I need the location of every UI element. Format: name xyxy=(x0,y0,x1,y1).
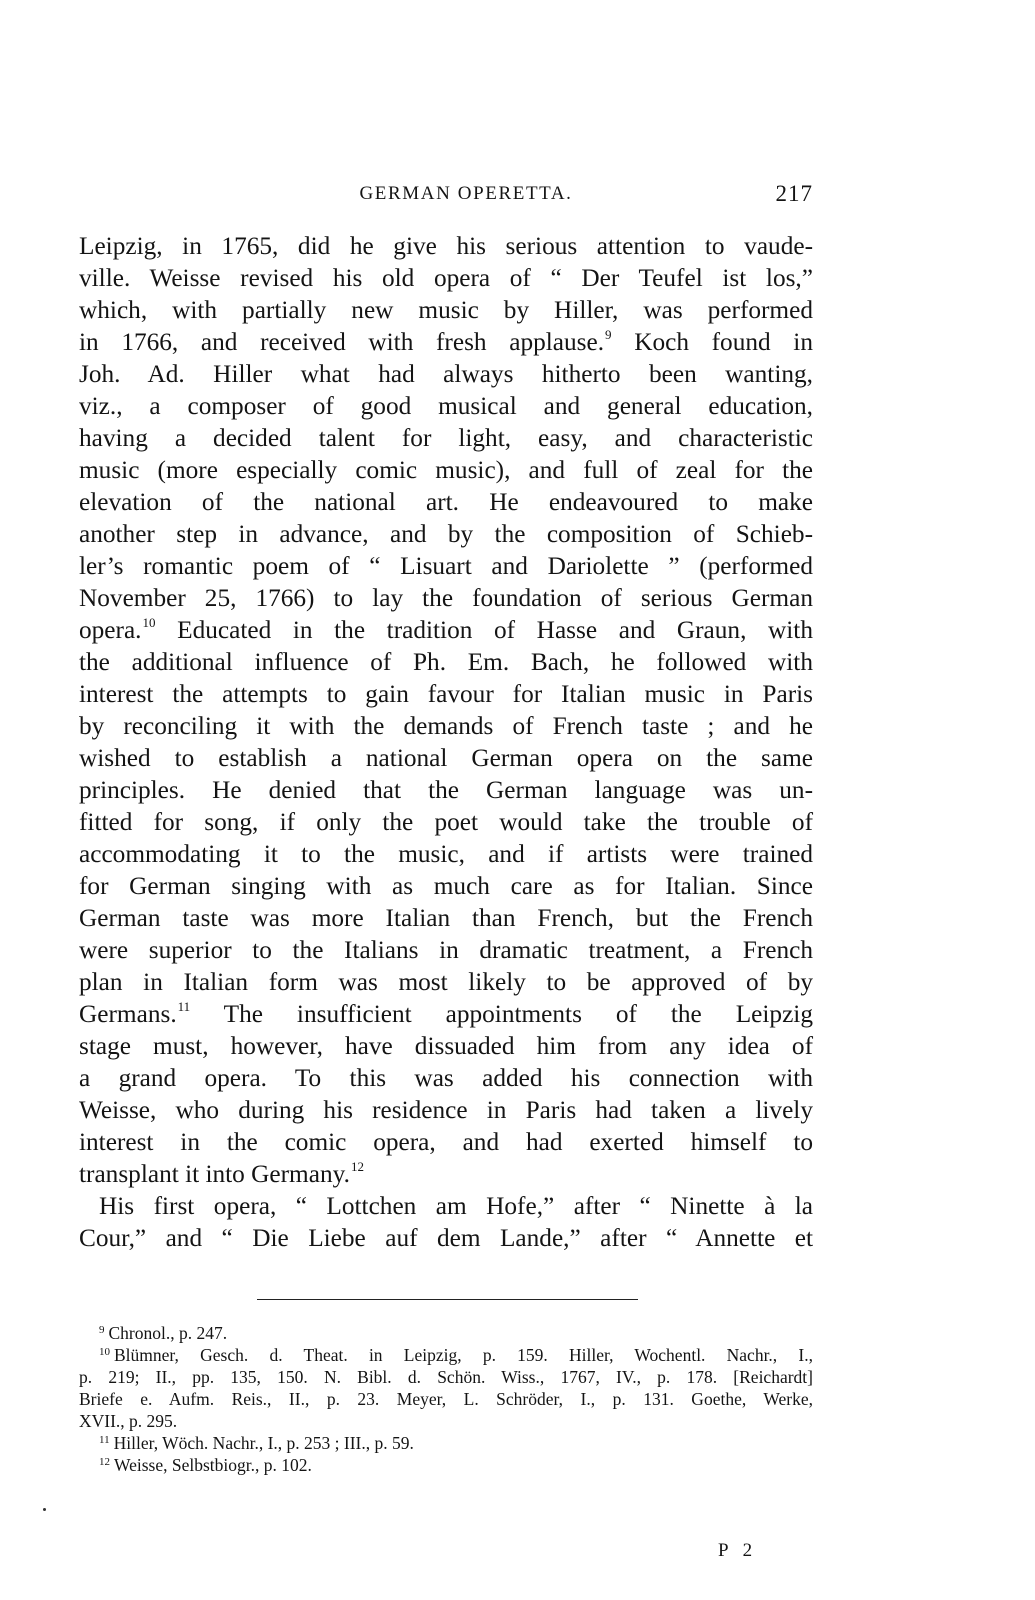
text-line: accommodating it to the music, and if ar… xyxy=(79,838,813,870)
signature-mark: P 2 xyxy=(718,1540,757,1562)
footnote-text: Hiller, Wöch. Nachr., I., p. 253 ; III.,… xyxy=(114,1433,414,1453)
text-line: interest the attempts to gain favour for… xyxy=(79,678,813,710)
text-line: fitted for song, if only the poet would … xyxy=(79,806,813,838)
running-head: GERMAN OPERETTA. 217 xyxy=(79,183,813,213)
book-page: GERMAN OPERETTA. 217 Leipzig, in 1765, d… xyxy=(0,0,1035,1600)
page-number: 217 xyxy=(776,181,814,207)
footnote-number: 10 xyxy=(99,1346,110,1358)
text-line: stage must, however, have dissuaded him … xyxy=(79,1030,813,1062)
text-segment: Germans. xyxy=(79,1000,177,1028)
text-line: the additional influence of Ph. Em. Bach… xyxy=(79,646,813,678)
text-line: wished to establish a national German op… xyxy=(79,742,813,774)
footnote-number: 11 xyxy=(99,1434,110,1446)
footnote-ref-10[interactable]: 10 xyxy=(143,615,156,630)
paragraph-start-line: His first opera, “ Lottchen am Hofe,” af… xyxy=(79,1190,813,1222)
text-line: plan in Italian form was most likely to … xyxy=(79,966,813,998)
footnote-number: 9 xyxy=(99,1324,105,1336)
footnote-ref-9[interactable]: 9 xyxy=(605,327,612,342)
footnote-12: 12Weisse, Selbstbiogr., p. 102. xyxy=(79,1454,813,1476)
text-line: which, with partially new music by Hille… xyxy=(79,294,813,326)
text-line: were superior to the Italians in dramati… xyxy=(79,934,813,966)
footnote-text: Weisse, Selbstbiogr., p. 102. xyxy=(114,1455,312,1475)
text-line: by reconciling it with the demands of Fr… xyxy=(79,710,813,742)
text-segment: Educated in the tradition of Hasse and G… xyxy=(156,616,813,644)
text-line: for German singing with as much care as … xyxy=(79,870,813,902)
text-segment: transplant it into Germany. xyxy=(79,1160,350,1188)
footnote-ref-11[interactable]: 11 xyxy=(178,999,191,1014)
footnote-separator-rule xyxy=(257,1299,638,1300)
text-line: principles. He denied that the German la… xyxy=(79,774,813,806)
text-line: German taste was more Italian than Frenc… xyxy=(79,902,813,934)
footnote-ref-12[interactable]: 12 xyxy=(351,1159,364,1174)
text-line: November 25, 1766) to lay the foundation… xyxy=(79,582,813,614)
running-title: GERMAN OPERETTA. xyxy=(79,183,813,205)
text-line: a grand opera. To this was added his con… xyxy=(79,1062,813,1094)
text-line: music (more especially comic music), and… xyxy=(79,454,813,486)
text-line-with-footnote-ref: transplant it into Germany.12 xyxy=(79,1158,813,1190)
text-segment: The insufficient appointments of the Lei… xyxy=(190,1000,813,1028)
text-line: ler’s romantic poem of “ Lisuart and Dar… xyxy=(79,550,813,582)
footnote-10-continuation: Briefe e. Aufm. Reis., II., p. 23. Meyer… xyxy=(79,1388,813,1410)
footnote-9: 9Chronol., p. 247. xyxy=(79,1322,813,1344)
footnote-11: 11Hiller, Wöch. Nachr., I., p. 253 ; III… xyxy=(79,1432,813,1454)
footnote-text: Chronol., p. 247. xyxy=(109,1323,228,1343)
text-line: Weisse, who during his residence in Pari… xyxy=(79,1094,813,1126)
text-segment: in 1766, and received with fresh applaus… xyxy=(79,328,604,356)
footnote-10-continuation: p. 219; II., pp. 135, 150. N. Bibl. d. S… xyxy=(79,1366,813,1388)
scan-speck xyxy=(43,1508,46,1511)
footnote-10-continuation: XVII., p. 295. xyxy=(79,1410,813,1432)
text-line: another step in advance, and by the comp… xyxy=(79,518,813,550)
text-line: Joh. Ad. Hiller what had always hitherto… xyxy=(79,358,813,390)
footnote-number: 12 xyxy=(99,1456,110,1468)
text-line: viz., a composer of good musical and gen… xyxy=(79,390,813,422)
footnote-text: Blümner, Gesch. d. Theat. in Leipzig, p.… xyxy=(114,1345,813,1365)
footnote-10: 10Blümner, Gesch. d. Theat. in Leipzig, … xyxy=(79,1344,813,1366)
text-line: elevation of the national art. He endeav… xyxy=(79,486,813,518)
text-line-with-footnote-ref: opera.10 Educated in the tradition of Ha… xyxy=(79,614,813,646)
text-segment: opera. xyxy=(79,616,142,644)
text-line: Leipzig, in 1765, did he give his seriou… xyxy=(79,230,813,262)
text-line: Cour,” and “ Die Liebe auf dem Lande,” a… xyxy=(79,1222,813,1254)
text-line-with-footnote-ref: in 1766, and received with fresh applaus… xyxy=(79,326,813,358)
text-line: having a decided talent for light, easy,… xyxy=(79,422,813,454)
text-line: interest in the comic opera, and had exe… xyxy=(79,1126,813,1158)
text-line-with-footnote-ref: Germans.11 The insufficient appointments… xyxy=(79,998,813,1030)
text-segment: Koch found in xyxy=(612,328,813,356)
text-line: ville. Weisse revised his old opera of “… xyxy=(79,262,813,294)
